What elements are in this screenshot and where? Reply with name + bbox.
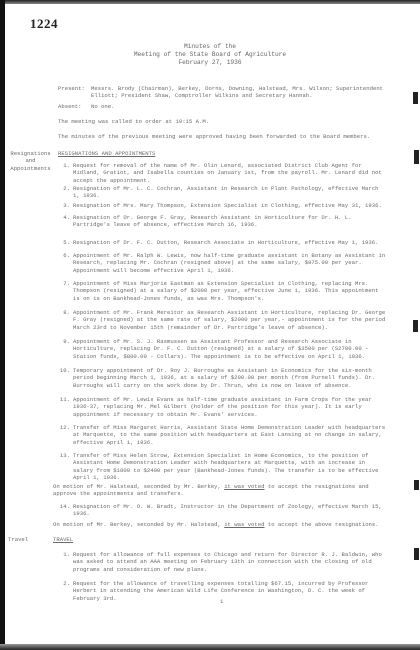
section-heading-travel: TRAVEL: [53, 536, 113, 543]
margin-label-resignations: Resignations and Appointments: [8, 150, 53, 172]
present-text: Messrs. Brody (Chairman), Berkey, Dorns,…: [91, 85, 391, 100]
scan-border-top: [0, 0, 420, 4]
motion-2: On motion of Mr. Berkey, seconded by Mr.…: [53, 521, 393, 528]
binding-mark: [414, 150, 419, 164]
section-heading-resignations: RESIGNATIONS AND APPOINTMENTS: [58, 150, 258, 157]
title-line-1: Minutes of the: [0, 43, 420, 51]
scan-border-bottom: [0, 644, 420, 650]
page-number: 1224: [30, 16, 58, 32]
absent-text: No one.: [91, 103, 191, 110]
title-line-2: Meeting of the State Board of Agricultur…: [0, 51, 420, 59]
binding-mark: [413, 320, 418, 332]
binding-mark: [413, 92, 418, 104]
binding-mark: [414, 548, 419, 560]
document-title: Minutes of the Meeting of the State Boar…: [0, 43, 420, 67]
motion-1: On motion of Mr. Halstead, seconded by M…: [53, 483, 383, 498]
margin-label-travel: Travel: [8, 536, 38, 543]
scan-border-left: [0, 0, 5, 650]
absent-label: Absent:: [58, 103, 88, 110]
previous-minutes: The minutes of the previous meeting were…: [58, 133, 408, 140]
binding-mark: [414, 480, 419, 490]
present-label: Present:: [58, 85, 88, 92]
call-to-order: The meeting was called to order at 10:15…: [58, 118, 398, 125]
title-line-3: February 27, 1936: [0, 59, 420, 67]
footer-mark: 1: [220, 598, 230, 605]
